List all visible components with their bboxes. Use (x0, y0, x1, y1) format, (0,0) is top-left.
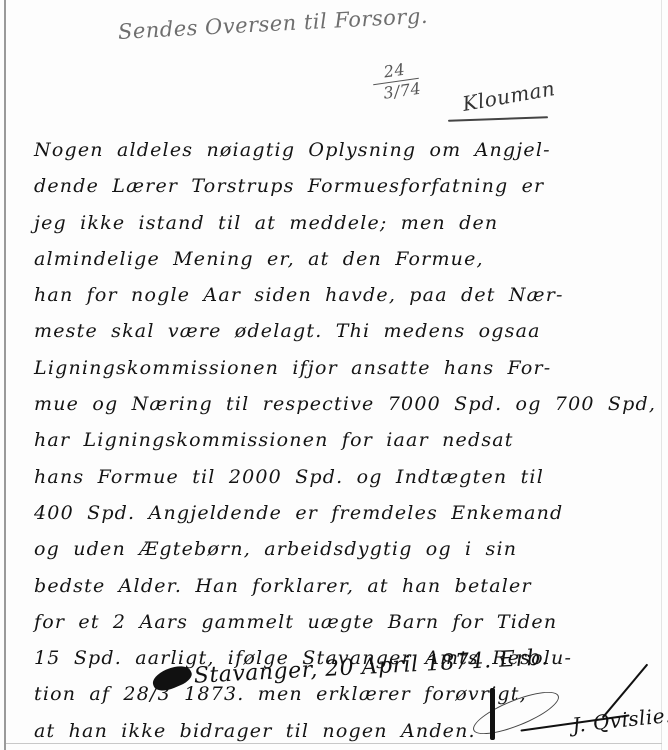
recipient-name-note: Klouman (461, 76, 557, 116)
body-line: at han ikke bidrager til nogen Anden. (34, 713, 644, 749)
body-line: Nogen aldeles nøiagtig Oplysning om Angj… (34, 132, 644, 168)
body-line: bedste Alder. Han forklarer, at han beta… (34, 568, 644, 604)
reference-number: 24 3/74 (370, 59, 423, 104)
page-left-border (4, 0, 6, 750)
signature-stroke (490, 688, 495, 740)
name-underline-flourish (448, 116, 548, 121)
body-line: han for nogle Aar siden havde, paa det N… (34, 277, 644, 313)
body-line: almindelige Mening er, at den Formue, (34, 241, 644, 277)
closing-abbrev: Erb. (498, 645, 549, 673)
body-line: for et 2 Aars gammelt uægte Barn for Tid… (34, 604, 644, 640)
body-line: dende Lærer Torstrups Formuesforfatning … (34, 168, 644, 204)
body-line: jeg ikke istand til at meddele; men den (34, 205, 644, 241)
scanned-letter-page: Sendes Oversen til Forsorg. 24 3/74 Klou… (0, 0, 668, 750)
body-line: Ligningskommissionen ifjor ansatte hans … (34, 350, 644, 386)
body-line: hans Formue til 2000 Spd. og Indtægten t… (34, 459, 644, 495)
body-line: har Ligningskommissionen for iaar nedsat (34, 422, 644, 458)
body-line: og uden Ægtebørn, arbeidsdygtig og i sin (34, 531, 644, 567)
header-pencil-note: Sendes Oversen til Forsorg. (117, 4, 428, 44)
body-line: 400 Spd. Angjeldende er fremdeles Enkema… (34, 495, 644, 531)
page-right-edge (661, 0, 662, 750)
body-line: mue og Næring til respective 7000 Spd. o… (34, 386, 644, 422)
body-line: meste skal være ødelagt. Thi medens ogsa… (34, 313, 644, 349)
